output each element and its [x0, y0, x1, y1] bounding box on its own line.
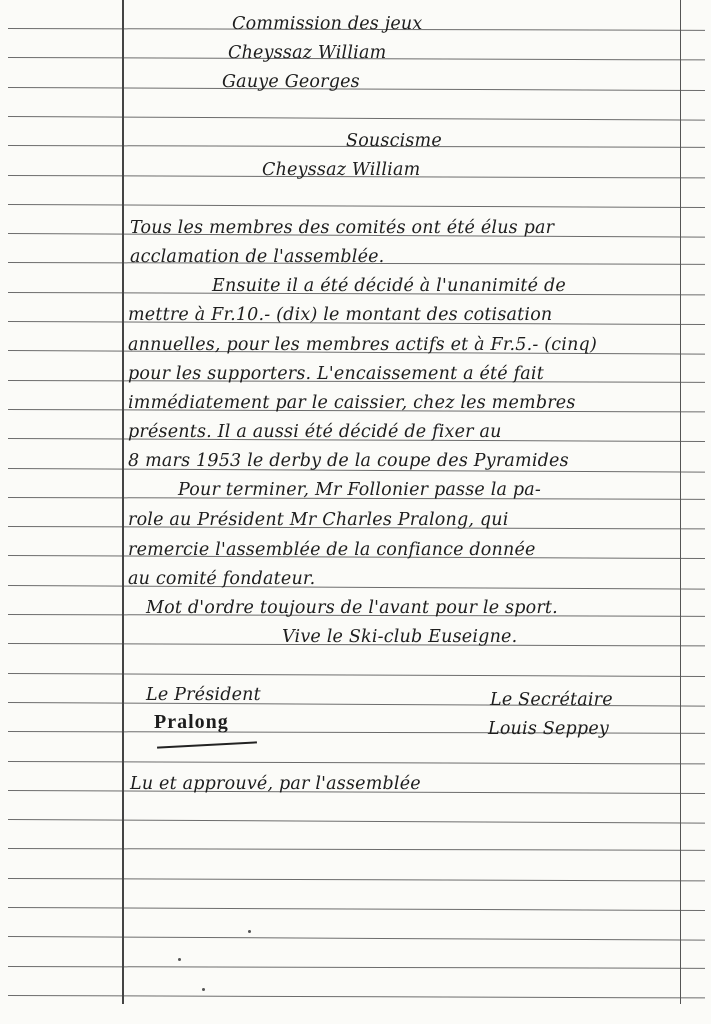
paragraph-line: pour les supporters. L'encaissement a ét… [128, 364, 544, 384]
member-name: Gauye Georges [222, 72, 360, 92]
ink-speck [178, 958, 181, 961]
motto-line: Mot d'ordre toujours de l'avant pour le … [146, 598, 558, 618]
paragraph-line: immédiatement par le caissier, chez les … [128, 393, 576, 413]
ruled-line [8, 585, 705, 590]
paragraph-line: présents. Il a aussi été décidé de fixer… [128, 422, 502, 442]
member-name: Cheyssaz William [228, 43, 386, 63]
ink-speck [202, 988, 205, 991]
paragraph-line: 8 mars 1953 le derby de la coupe des Pyr… [128, 451, 569, 471]
ruled-line [8, 673, 705, 677]
left-margin-line [122, 0, 124, 1004]
ruled-line [8, 907, 705, 911]
approval-line: Lu et approuvé, par l'assemblée [130, 774, 421, 794]
paragraph-line: annuelles, pour les membres actifs et à … [128, 335, 597, 355]
ruled-line [8, 761, 705, 764]
ruled-line [8, 116, 705, 121]
paragraph-line: remercie l'assemblée de la confiance don… [128, 540, 536, 560]
paragraph-line: acclamation de l'assemblée. [130, 247, 384, 267]
section-heading: Souscisme [346, 131, 442, 151]
paragraph-line: role au Président Mr Charles Pralong, qu… [128, 510, 509, 530]
signature-underline [157, 741, 257, 748]
paragraph-line: Ensuite il a été décidé à l'unanimité de [212, 276, 566, 296]
ink-speck [248, 930, 251, 933]
paragraph-line: au comité fondateur. [128, 569, 315, 589]
paragraph-line: mettre à Fr.10.- (dix) le montant des co… [128, 305, 552, 325]
ruled-line [8, 848, 705, 851]
president-signature: Pralong [154, 712, 229, 732]
ruled-line [8, 936, 705, 941]
paragraph-line: Tous les membres des comités ont été élu… [130, 218, 554, 238]
right-margin-line [680, 0, 681, 1004]
secretary-signature: Louis Seppey [488, 719, 609, 739]
ruled-line [8, 819, 705, 824]
notebook-page: Commission des jeux Cheyssaz William Gau… [0, 0, 711, 1024]
commission-heading: Commission des jeux [232, 14, 422, 34]
ruled-line [8, 204, 705, 208]
president-label: Le Président [146, 685, 261, 705]
ruled-line [8, 966, 705, 969]
paragraph-line: Pour terminer, Mr Follonier passe la pa- [178, 480, 541, 500]
secretary-label: Le Secrétaire [490, 690, 613, 710]
cheer-line: Vive le Ski-club Euseigne. [282, 627, 517, 647]
ruled-line [8, 878, 705, 881]
member-name: Cheyssaz William [262, 160, 420, 180]
ruled-line [8, 995, 705, 998]
